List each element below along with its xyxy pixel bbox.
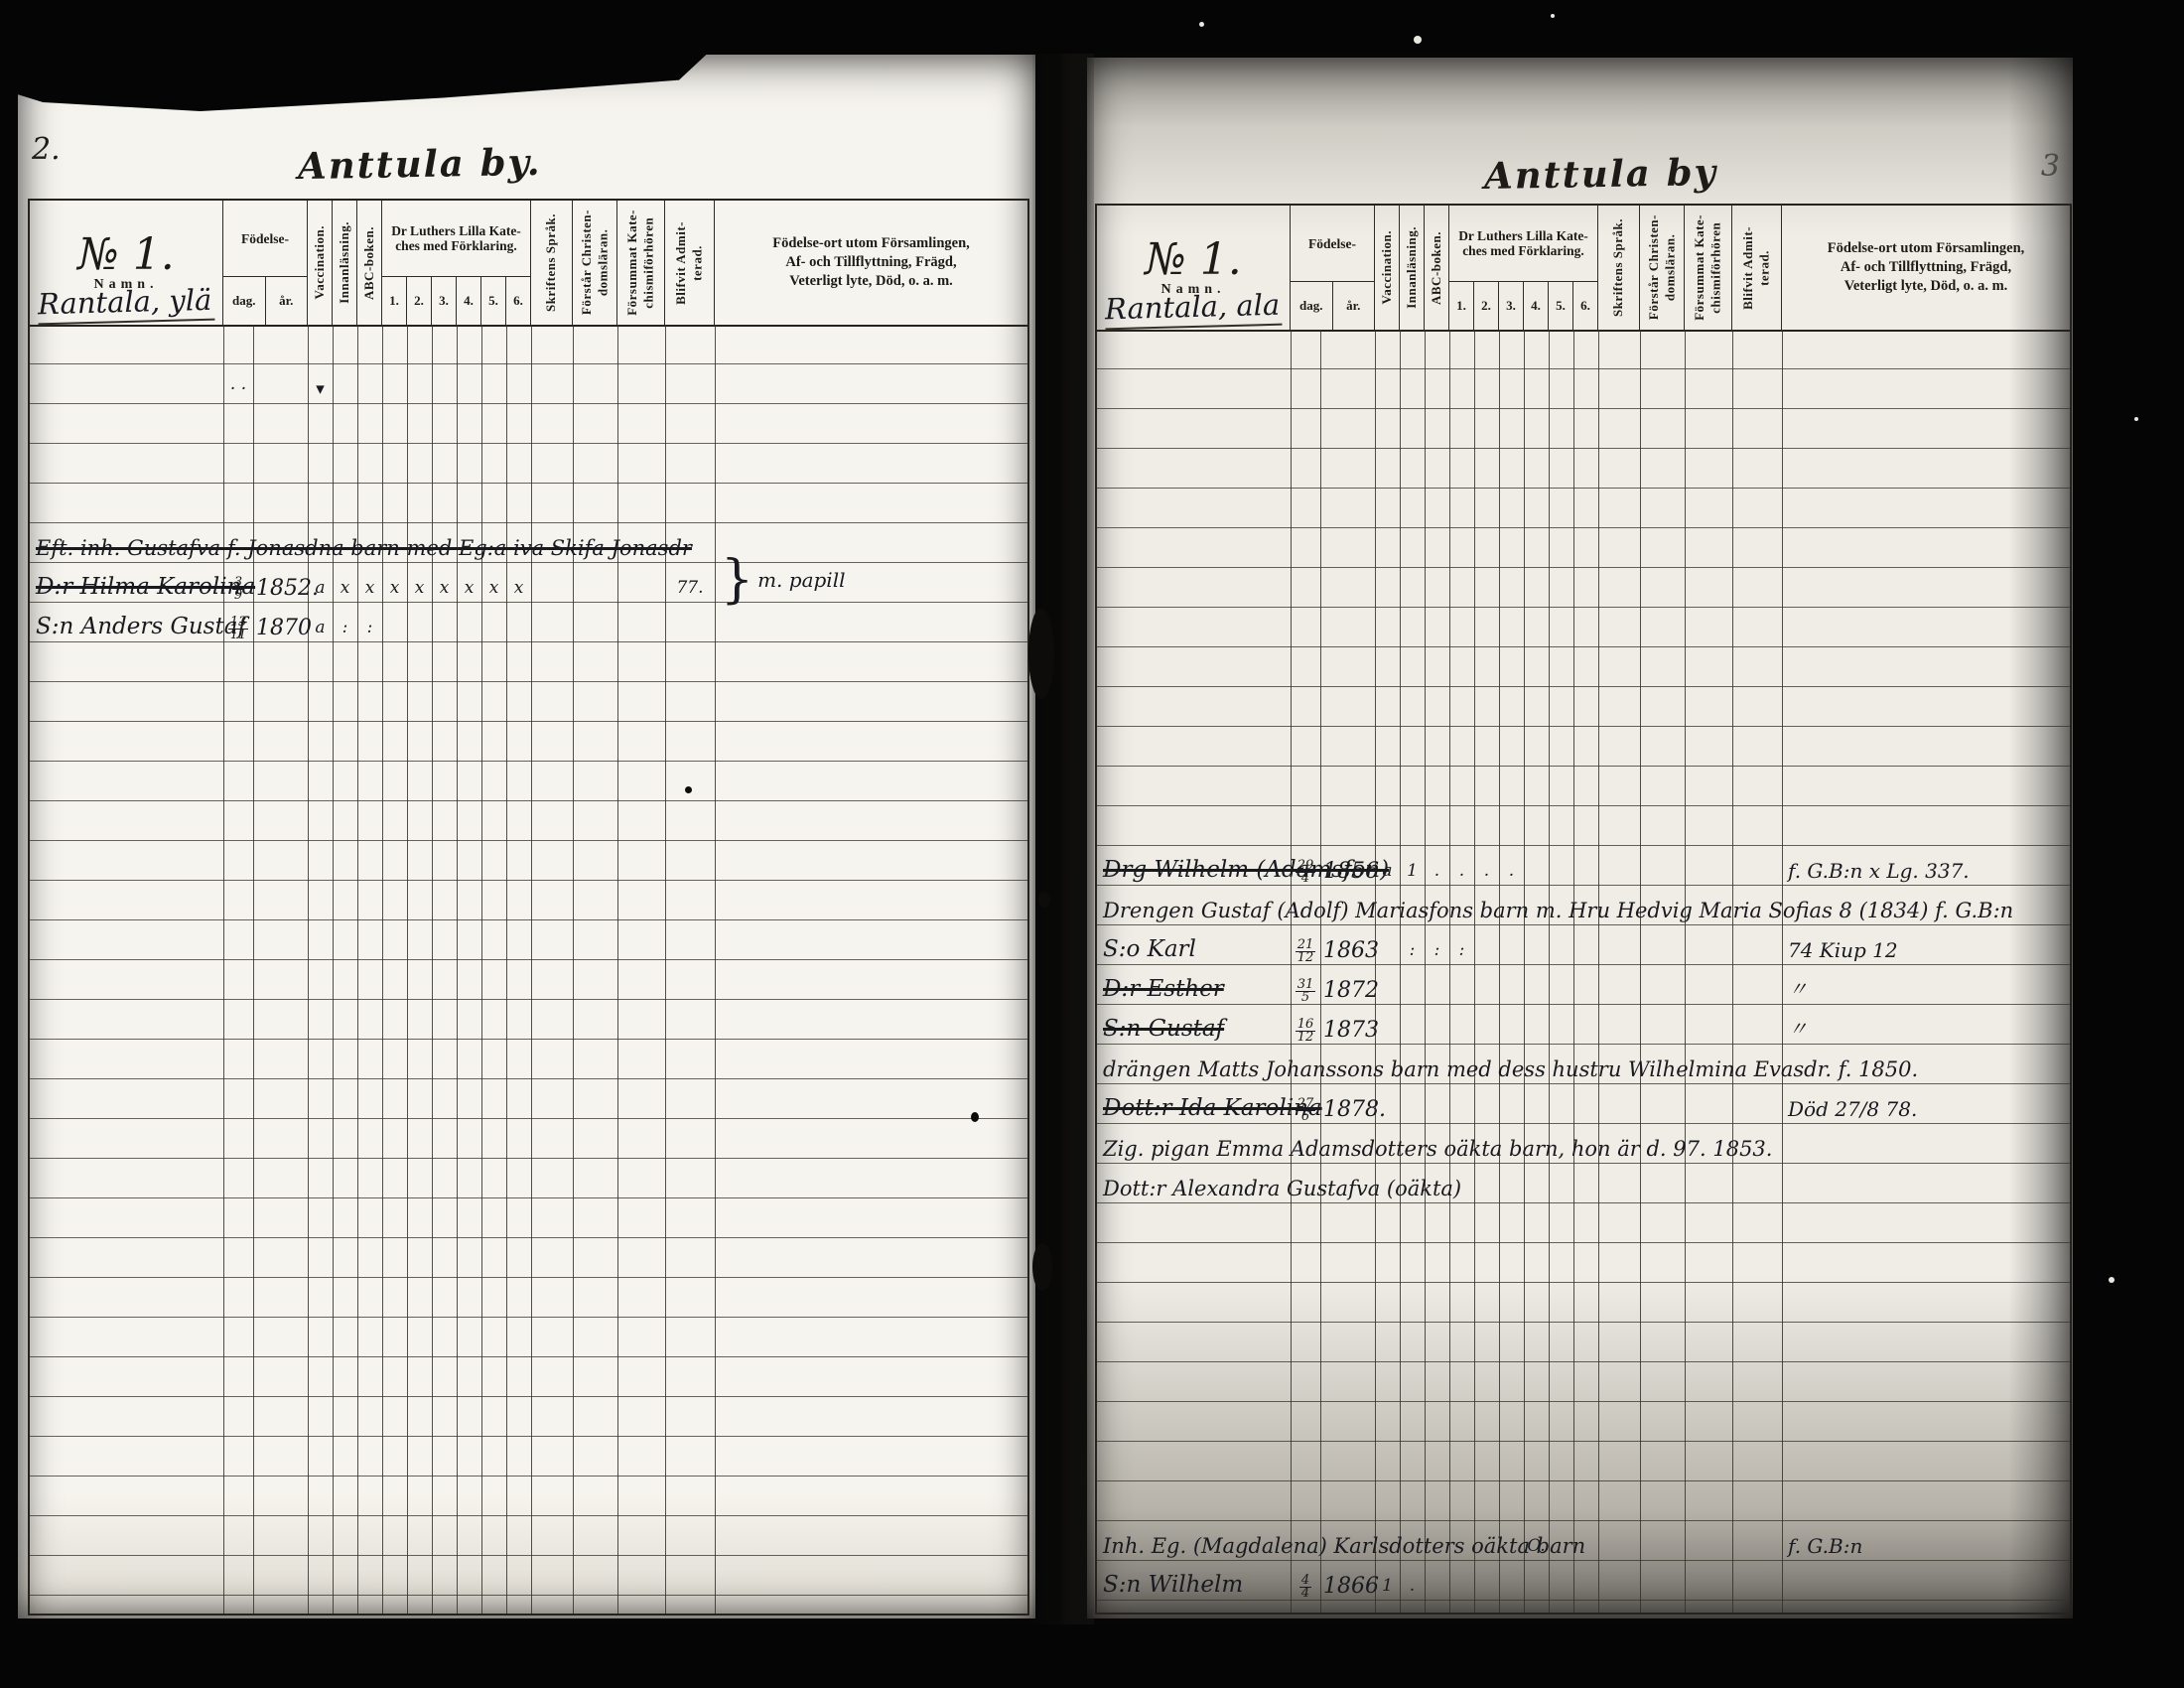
brace-mark: }	[721, 560, 753, 600]
entry-mark: 1	[1375, 1576, 1400, 1596]
dust-speck	[1551, 14, 1555, 18]
entry-birth-day: 1612	[1291, 1019, 1320, 1044]
entry-birth-day: 2112	[1291, 939, 1320, 964]
column-rule	[573, 325, 574, 1614]
entry-mark: x	[382, 578, 407, 598]
header-dag: dag.	[223, 277, 266, 325]
entry-name: D:r Esther	[1103, 976, 1224, 1002]
entry-mark: :	[1400, 940, 1425, 960]
header-vaccination: Vaccination.	[308, 201, 333, 325]
entry-mark: a	[308, 618, 333, 637]
right-page-title: Anttula by	[1484, 150, 1718, 198]
column-rule	[253, 325, 254, 1614]
ledger-entry: D:r Hilma Karolina391852.axxxxxxxx77.}m.…	[30, 563, 1027, 603]
entry-mark: a	[308, 578, 333, 598]
column-rule	[506, 325, 507, 1614]
entry-note: 〃	[1788, 1013, 1808, 1042]
entry-note: }m. papill	[721, 560, 846, 600]
binding-blob	[1028, 608, 1054, 699]
left-record-table: № 1. Namn. Rantala, ylä Födelse- dag. år…	[28, 199, 1029, 1616]
binding-blob	[1038, 892, 1050, 908]
header-fodelse: Födelse- dag. år.	[1291, 206, 1375, 330]
header-dag: dag.	[1291, 282, 1333, 330]
header-innanlasning: Innanläsning.	[1400, 206, 1425, 330]
ink-speck	[685, 786, 692, 793]
entry-name: S:n Gustaf	[1103, 1016, 1224, 1042]
entry-mark: .	[1400, 1576, 1425, 1596]
column-rule	[665, 325, 666, 1614]
entry-mark: :	[1449, 940, 1474, 960]
entry-name: S:n Anders Gustaf	[36, 614, 246, 639]
village-name: Rantala, ylä	[38, 283, 215, 326]
left-page: 2. Anttula by. № 1. Namn. Rantala, ylä F…	[18, 55, 1035, 1618]
column-rule	[531, 325, 532, 1614]
entry-mark: :	[333, 618, 357, 637]
header-kateches: Dr Luthers Lilla Kate- ches med Förklari…	[382, 201, 531, 325]
book-gutter	[1032, 0, 1094, 1688]
scan-border-left	[0, 0, 18, 1688]
entry-mark: .	[1425, 861, 1449, 881]
entry-mark: 1	[1400, 861, 1425, 881]
header-abc-boken: ABC-boken.	[357, 201, 382, 325]
entry-mark: x	[506, 578, 531, 598]
entry-birth-year: 1863	[1323, 938, 1379, 963]
entry-name: D:r Hilma Karolina	[36, 574, 255, 600]
entry-name: S:o Karl	[1103, 936, 1196, 962]
entry-mark: x	[407, 578, 432, 598]
header-namn: № 1. Namn. Rantala, ala	[1097, 206, 1291, 330]
scan-border-bottom	[0, 1624, 2184, 1688]
header-ar: år.	[266, 277, 308, 325]
header-skriftens-sprak: Skriftens Språk.	[1598, 206, 1640, 330]
entry-note: f. G.B:n	[1788, 1534, 1862, 1558]
ledger-entry: Zig. pigan Emma Adamsdotters oäkta barn,…	[1097, 1124, 2070, 1164]
entry-name: Drg Wilhelm (Adamsfon)	[1103, 857, 1389, 883]
ledger-entry: drängen Matts Johanssons barn med dess h…	[1097, 1045, 2070, 1084]
entry-birth-year: 1872	[1323, 978, 1379, 1003]
ledger-entry: Dott:r Alexandra Gustafva (oäkta)	[1097, 1164, 2070, 1203]
entry-name: drängen Matts Johanssons barn med dess h…	[1103, 1057, 1918, 1081]
entry-mark: .	[1499, 861, 1524, 881]
column-rule	[357, 325, 358, 1614]
ledger-entry: · ·▾	[30, 364, 1027, 404]
header-blifvit-admitterad: Blifvit Admit- terad.	[1732, 206, 1782, 330]
right-page: Anttula by 3 № 1. Namn. Rantala, ala Föd…	[1087, 58, 2078, 1618]
entry-mark: :	[1425, 940, 1449, 960]
section-number: № 1.	[77, 235, 175, 275]
entry-name: S:n Wilhelm	[1103, 1572, 1243, 1598]
entry-name: Eft. inh. Gustafva f. Jonasdna barn med …	[36, 536, 692, 560]
left-table-header: № 1. Namn. Rantala, ylä Födelse- dag. år…	[30, 201, 1027, 327]
header-fodelseort: Födelse-ort utom Församlingen, Af- och T…	[715, 201, 1027, 325]
ledger-entry: Drengen Gustaf (Adolf) Mariasfons barn m…	[1097, 886, 2070, 925]
column-rule	[481, 325, 482, 1614]
section-number: № 1.	[1145, 240, 1242, 280]
entry-mark: .	[1449, 861, 1474, 881]
column-rule	[457, 325, 458, 1614]
entry-mark: x	[357, 578, 382, 598]
column-rule	[333, 325, 334, 1614]
column-rule	[382, 325, 383, 1614]
entry-name: Inh. Eg. (Magdalena) Karlsdotters oäkta …	[1103, 1534, 1585, 1558]
scan-border-right	[2073, 0, 2184, 1688]
entry-name: Dott:r Alexandra Gustafva (oäkta)	[1103, 1177, 1461, 1200]
right-page-number: 3	[2041, 149, 2060, 184]
header-abc-boken: ABC-boken.	[1425, 206, 1449, 330]
entry-name: Zig. pigan Emma Adamsdotters oäkta barn,…	[1103, 1137, 1772, 1161]
header-vaccination: Vaccination.	[1375, 206, 1400, 330]
ledger-entry: Dott:r Ida Karolina2761878.Död 27/8 78.	[1097, 1084, 2070, 1124]
ledger-entry: Eft. inh. Gustafva f. Jonasdna barn med …	[30, 523, 1027, 563]
ledger-entry: S:n Wilhelm4418661.	[1097, 1561, 2070, 1601]
header-namn: № 1. Namn. Rantala, ylä	[30, 201, 223, 325]
entry-mark: :	[357, 618, 382, 637]
entry-mark: .	[1474, 861, 1499, 881]
left-table-body: · ·▾Eft. inh. Gustafva f. Jonasdna barn …	[30, 325, 1027, 1614]
village-name: Rantala, ala	[1105, 288, 1283, 331]
column-rule	[617, 325, 618, 1614]
right-record-table: № 1. Namn. Rantala, ala Födelse- dag. år…	[1095, 204, 2072, 1615]
dust-speck	[2109, 1277, 2115, 1283]
entry-name: Drengen Gustaf (Adolf) Mariasfons barn m…	[1103, 899, 2013, 922]
entry-mark: x	[481, 578, 506, 598]
ledger-entry: Drg Wilhelm (Adamsfon)2941856a1....f. G.…	[1097, 846, 2070, 886]
header-kateches: Dr Luthers Lilla Kate- ches med Förklari…	[1449, 206, 1598, 330]
column-rule	[432, 325, 433, 1614]
header-blifvit-admitterad: Blifvit Admit- terad.	[665, 201, 715, 325]
header-fodelse: Födelse- dag. år.	[223, 201, 308, 325]
dust-speck	[2134, 417, 2138, 421]
left-page-number: 2.	[32, 132, 61, 167]
entry-mark: x	[432, 578, 457, 598]
header-innanlasning: Innanläsning.	[333, 201, 357, 325]
entry-birth-year: 1866	[1323, 1574, 1379, 1599]
ink-speck	[971, 1112, 979, 1122]
entry-note: f. G.B:n x Lg. 337.	[1788, 859, 1970, 883]
entry-birth-year: 1870	[256, 616, 312, 640]
ledger-entry: D:r Esther3151872〃	[1097, 965, 2070, 1005]
entry-birth-day: 44	[1291, 1575, 1320, 1600]
header-skriftens-sprak: Skriftens Språk.	[531, 201, 573, 325]
header-forstar: Förstår Christen- domsläran.	[1640, 206, 1685, 330]
entry-birth-year: 1873	[1323, 1018, 1379, 1043]
right-table-body: Drg Wilhelm (Adamsfon)2941856a1....f. G.…	[1097, 330, 2070, 1613]
entry-birth-year: 1878.	[1323, 1097, 1386, 1122]
binding-blob	[1032, 1243, 1052, 1291]
entry-birth-day: 315	[1291, 979, 1320, 1004]
dust-speck	[1199, 22, 1204, 27]
entry-note: 〃	[1788, 973, 1808, 1002]
header-ar: år.	[1333, 282, 1375, 330]
entry-birth-day: · ·	[223, 379, 253, 399]
dust-speck	[1414, 36, 1422, 44]
entry-mark: x	[457, 578, 481, 598]
column-rule	[715, 325, 716, 1614]
ledger-entry: S:o Karl21121863:::74 Kiup 12	[1097, 925, 2070, 965]
entry-note: Död 27/8 78.	[1788, 1097, 1917, 1121]
header-forsummat: Försummat Kate- chismiförhören	[1685, 206, 1732, 330]
ledger-entry: Inh. Eg. (Magdalena) Karlsdotters oäkta …	[1097, 1521, 2070, 1561]
entry-note: 74 Kiup 12	[1788, 938, 1898, 962]
left-page-title: Anttula by.	[298, 140, 542, 188]
header-forsummat: Försummat Kate- chismiförhören	[617, 201, 665, 325]
header-fodelseort: Födelse-ort utom Församlingen, Af- och T…	[1782, 206, 2070, 330]
column-rule	[407, 325, 408, 1614]
entry-mark: ▾	[308, 379, 333, 399]
entry-mark: x	[333, 578, 357, 598]
scanned-ledger-spread: 2. Anttula by. № 1. Namn. Rantala, ylä F…	[0, 0, 2184, 1688]
right-table-header: № 1. Namn. Rantala, ala Födelse- dag. år…	[1097, 206, 2070, 332]
ledger-entry: S:n Gustaf16121873〃	[1097, 1005, 2070, 1045]
ledger-entry: S:n Anders Gustaf13111870a::	[30, 603, 1027, 642]
entry-mark: 77.	[665, 578, 715, 598]
column-rule	[308, 325, 309, 1614]
column-rule	[223, 325, 224, 1614]
entry-name: Dott:r Ida Karolina	[1103, 1095, 1322, 1121]
header-forstar: Förstår Christen- domsläran.	[573, 201, 617, 325]
